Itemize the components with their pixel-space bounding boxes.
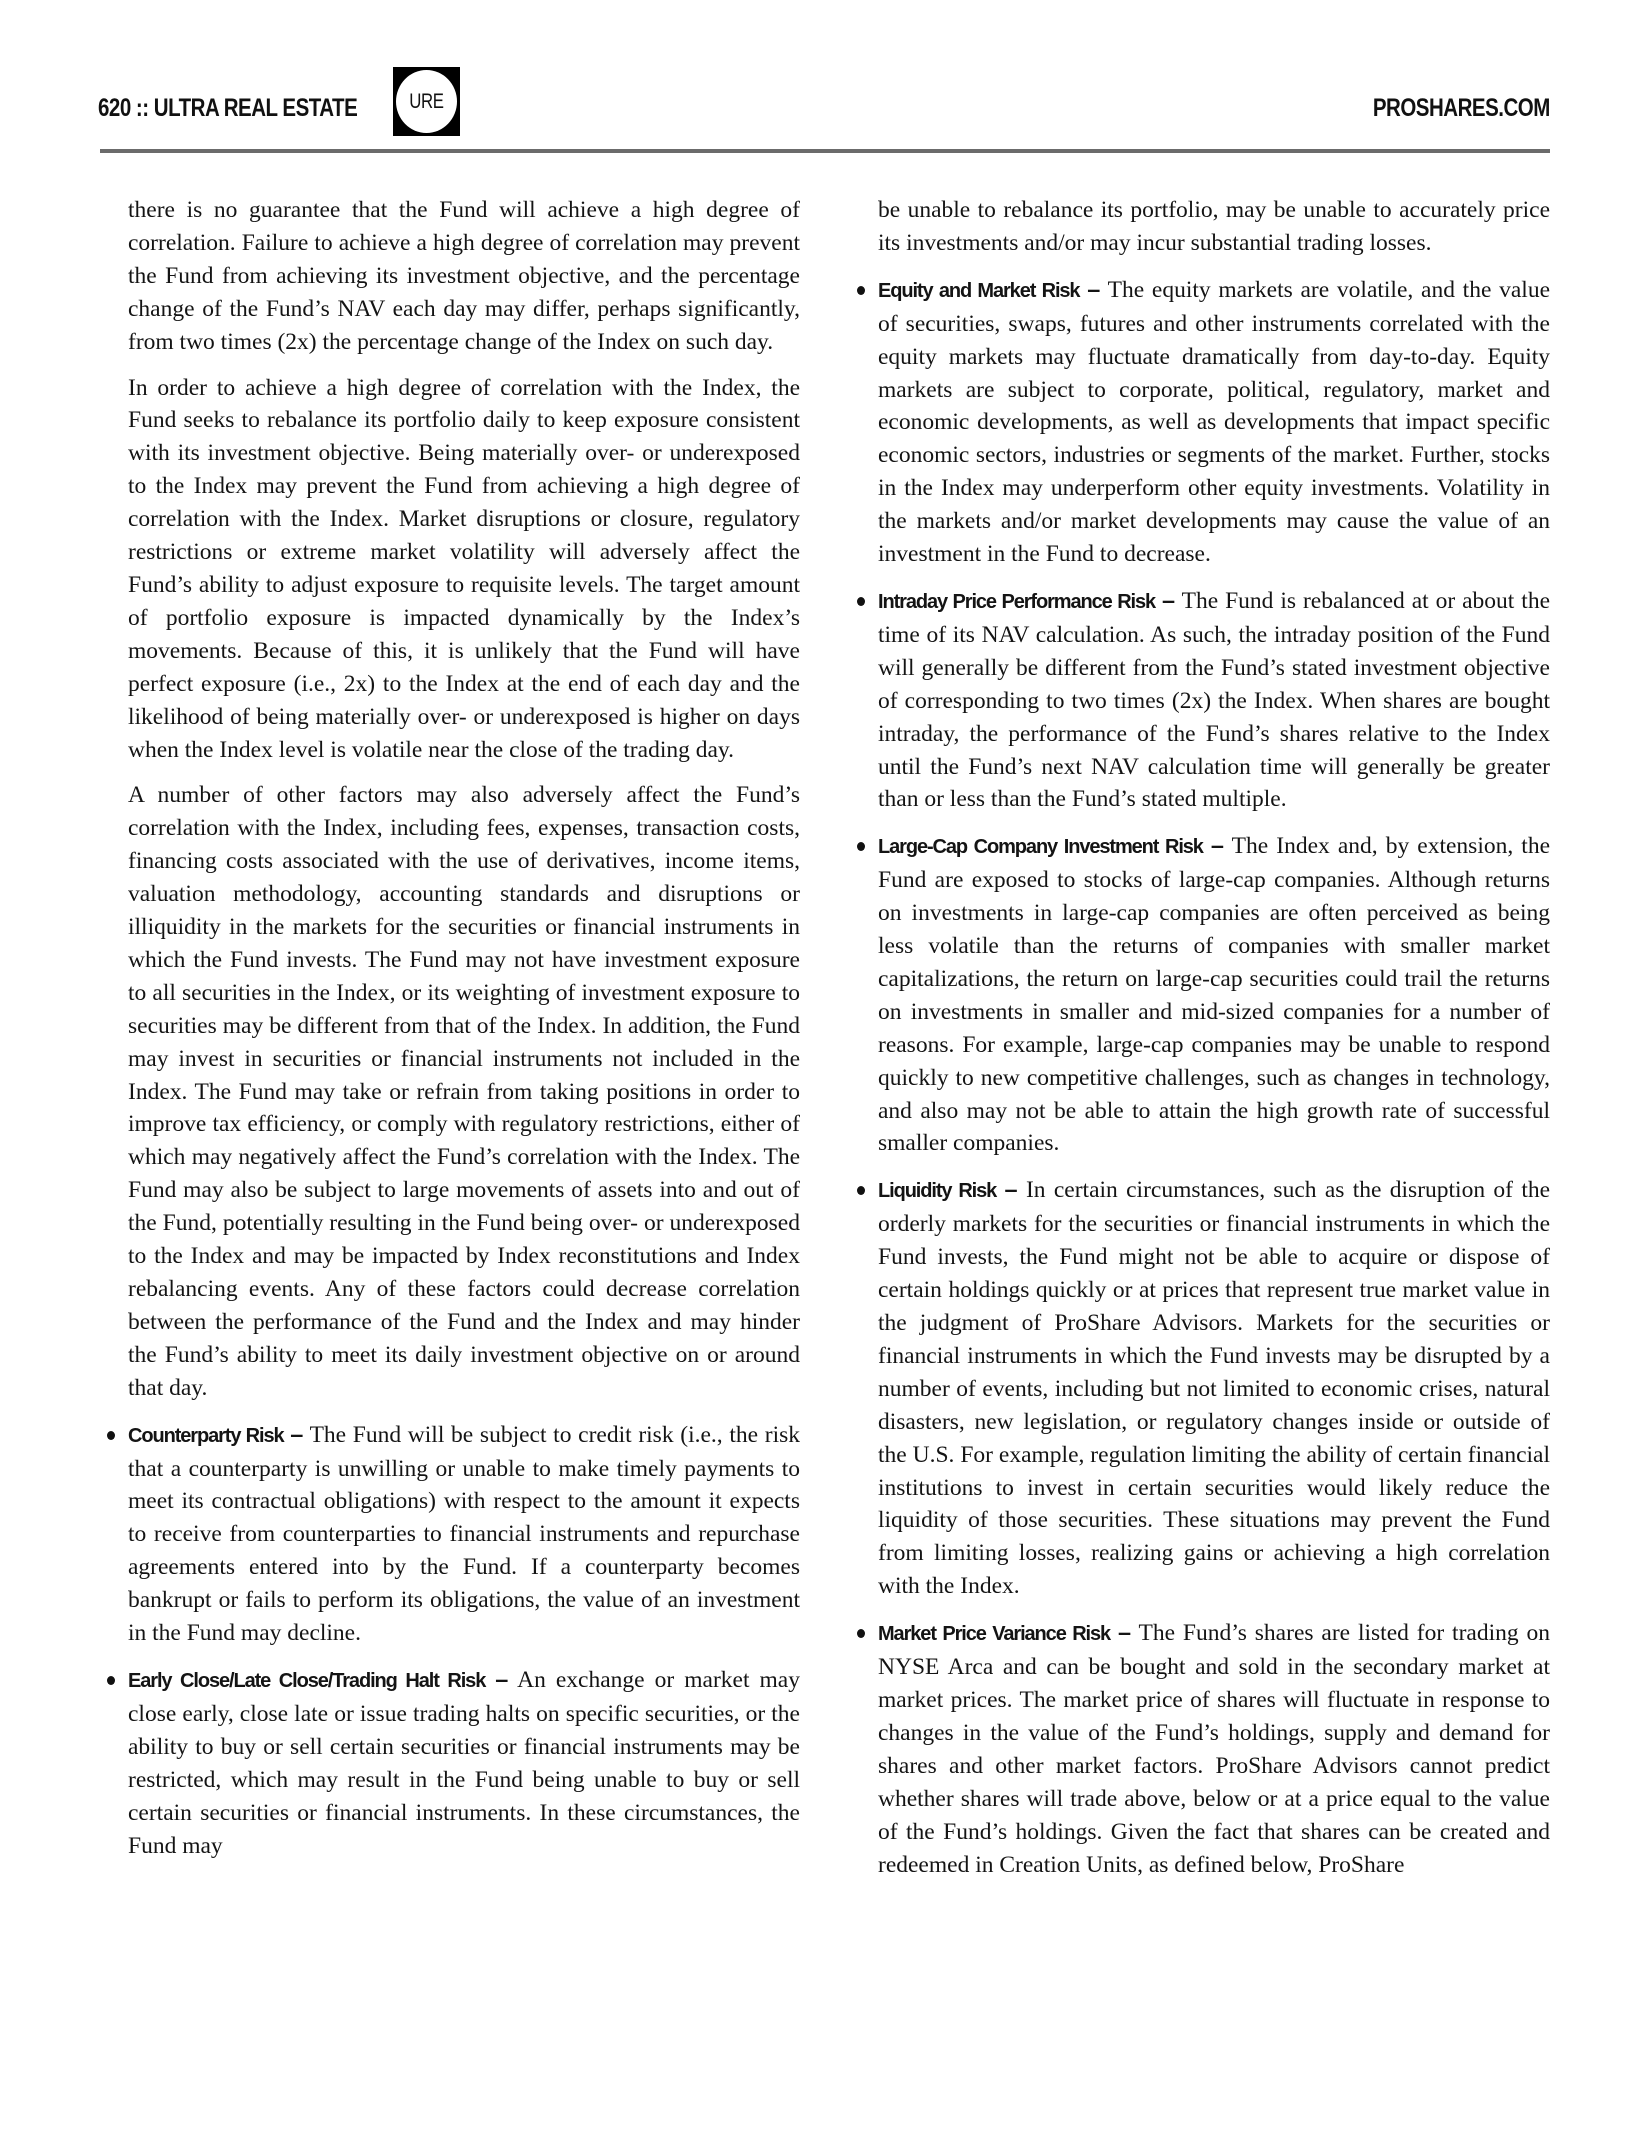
risk-bullet-early-close: Early Close/Late Close/Trading Halt Risk…: [128, 1663, 800, 1862]
bullet-icon: [857, 597, 865, 606]
risk-text: An exchange or market may close early, c…: [128, 1667, 800, 1859]
risk-text: The Fund is rebalanced at or about the t…: [878, 588, 1550, 812]
risk-bullet-counterparty: Counterparty Risk – The Fund will be sub…: [128, 1418, 800, 1650]
risk-bullet-large-cap: Large-Cap Company Investment Risk – The …: [878, 829, 1550, 1160]
em-dash: –: [1005, 1176, 1018, 1202]
risk-bullet-liquidity: Liquidity Risk – In certain circumstance…: [878, 1173, 1550, 1603]
risk-label: Market Price Variance Risk: [878, 1623, 1110, 1645]
ticker-badge-circle: URE: [396, 70, 457, 133]
risk-label: Intraday Price Performance Risk: [878, 591, 1155, 613]
bullet-icon: [857, 1186, 865, 1195]
em-dash: –: [290, 1421, 303, 1447]
site-name: PROSHARES.COM: [1373, 94, 1550, 123]
page-header: 620 :: ULTRA REAL ESTATE URE PROSHARES.C…: [98, 66, 1550, 138]
risk-text: The Fund’s shares are listed for trad­in…: [878, 1620, 1550, 1877]
risk-text: The Fund will be subject to credit risk …: [128, 1422, 800, 1646]
page-number-title: 620 :: ULTRA REAL ESTATE: [98, 94, 357, 123]
risk-bullet-market-price-variance: Market Price Variance Risk – The Fund’s …: [878, 1616, 1550, 1881]
paragraph: A number of other factors may also adver…: [128, 779, 800, 1404]
em-dash: –: [1162, 587, 1175, 613]
em-dash: –: [1118, 1619, 1131, 1645]
risk-label: Equity and Market Risk: [878, 280, 1079, 302]
risk-text: The equity markets are volatile, and the…: [878, 277, 1550, 567]
em-dash: –: [1211, 832, 1224, 858]
header-divider: [100, 149, 1550, 153]
bullet-icon: [857, 286, 865, 295]
left-column: there is no guarantee that the Fund will…: [128, 194, 800, 1875]
risk-text: The Index and, by extension, the Fund ar…: [878, 833, 1550, 1156]
risk-text: In certain circumstances, such as the di…: [878, 1177, 1550, 1599]
risk-label: Large-Cap Company Investment Risk: [878, 836, 1203, 858]
ticker-badge: URE: [393, 67, 460, 136]
risk-bullet-equity-market: Equity and Market Risk – The equity mark…: [878, 273, 1550, 571]
risk-label: Liquidity Risk: [878, 1180, 996, 1202]
bullet-icon: [107, 1431, 115, 1440]
bullet-icon: [107, 1676, 115, 1685]
risk-label: Counterparty Risk: [128, 1425, 284, 1447]
risk-bullet-intraday: Intraday Price Performance Risk – The Fu…: [878, 584, 1550, 816]
paragraph: there is no guarantee that the Fund will…: [128, 194, 800, 359]
em-dash: –: [495, 1666, 508, 1692]
paragraph: In order to achieve a high degree of cor…: [128, 372, 800, 767]
bullet-icon: [857, 842, 865, 851]
ticker-badge-text: URE: [409, 90, 443, 114]
em-dash: –: [1087, 276, 1100, 302]
continuation-paragraph: be unable to rebalance its portfolio, ma…: [878, 194, 1550, 260]
bullet-icon: [857, 1629, 865, 1638]
right-column: be unable to rebalance its portfolio, ma…: [878, 194, 1550, 1894]
risk-label: Early Close/Late Close/Trading Halt Risk: [128, 1670, 485, 1692]
